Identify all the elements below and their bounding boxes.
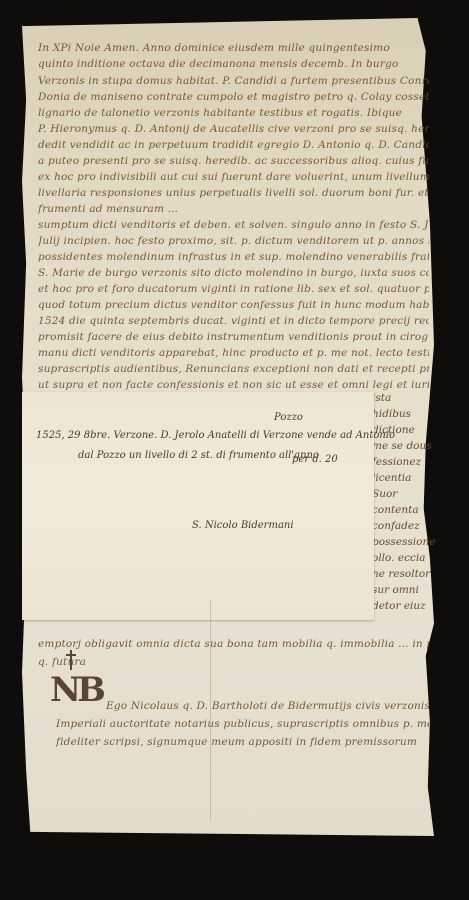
- text-line: lignario de talonetio verzonis habitante…: [38, 107, 429, 119]
- slip-signature: S. Nicolo Bidermani: [192, 520, 294, 531]
- cross-icon: [70, 650, 72, 670]
- text-line: dedit vendidit ac in perpetuum tradidit …: [38, 139, 429, 151]
- slip-heading: Pozzo: [274, 412, 303, 423]
- text-line: promisit facere de eius debito instrumen…: [38, 331, 429, 343]
- slip-line: dal Pozzo un livello di 2 st. di frument…: [78, 450, 319, 461]
- closing-line: emptorj obligavit omnia dicta sua bona t…: [38, 638, 429, 650]
- text-fragment: Suor: [372, 488, 397, 500]
- text-line: quod totum precium dictus venditor confe…: [38, 299, 429, 311]
- text-line: Verzonis in stupa domus habitat. P. Cand…: [38, 75, 429, 87]
- text-line: ex hoc pro indivisibili aut cui sui fuer…: [38, 171, 429, 183]
- text-fragment: fessionez: [372, 456, 421, 468]
- text-line: ut supra et non facte confessionis et no…: [38, 379, 429, 391]
- text-line: livellaria responsiones unius perpetuali…: [38, 187, 429, 199]
- text-line: manu dicti venditoris apparebat, hinc pr…: [38, 347, 429, 359]
- text-line: sumptum dicti venditoris et deben. et so…: [38, 219, 429, 231]
- text-line: 1524 die quinta septembris ducat. vigint…: [38, 315, 429, 327]
- subscription-line: Ego Nicolaus q. D. Bartholoti de Bidermu…: [106, 700, 429, 712]
- slip-line: 1525, 29 8bre. Verzone. D. Jerolo Anatel…: [36, 430, 395, 441]
- text-line: suprascriptis audientibus, Renuncians ex…: [38, 363, 429, 375]
- text-fragment: possessione: [372, 536, 435, 548]
- text-fragment: me se dous: [372, 440, 432, 452]
- text-fragment: confadez: [372, 520, 420, 532]
- text-line: Donia de maniseno contrate cumpolo et ma…: [38, 91, 429, 103]
- text-fragment: ista: [372, 392, 391, 404]
- text-fragment: detor eiuz: [372, 600, 426, 612]
- subscription-line: Imperiali auctoritate notarius publicus,…: [56, 718, 429, 730]
- text-line: possidentes molendinum infrastus in et s…: [38, 251, 429, 263]
- text-fragment: ne resoltor: [372, 568, 430, 580]
- text-fragment: sur omni: [372, 584, 419, 596]
- slip-price: per d. 20: [292, 454, 338, 465]
- text-line: In XPi Noie Amen. Anno dominice eiusdem …: [38, 42, 429, 54]
- text-line: quinto inditione octava die decimanona m…: [38, 58, 429, 70]
- closing-line: q. futura: [38, 656, 429, 668]
- text-line: frumenti ad mensuram ...: [38, 203, 429, 215]
- text-fragment: contenta: [372, 504, 419, 516]
- text-line: a puteo presenti pro se suisq. heredib. …: [38, 155, 429, 167]
- text-fragment: hidibus: [372, 408, 411, 420]
- text-line: S. Marie de burgo verzonis sito dicto mo…: [38, 267, 429, 279]
- text-fragment: licentia: [372, 472, 411, 484]
- text-fragment: ollo. eccia: [372, 552, 425, 564]
- text-line: Julij incipien. hoc festo proximo, sit. …: [38, 235, 429, 247]
- text-line: P. Hieronymus q. D. Antonij de Aucatelli…: [38, 123, 429, 135]
- notary-monogram: NB: [50, 670, 102, 710]
- overlay-slip: Pozzo 1525, 29 8bre. Verzone. D. Jerolo …: [22, 392, 374, 620]
- text-line: et hoc pro et foro ducatorum viginti in …: [38, 283, 429, 295]
- subscription-line: fideliter scripsi, signumque meum apposi…: [56, 736, 429, 748]
